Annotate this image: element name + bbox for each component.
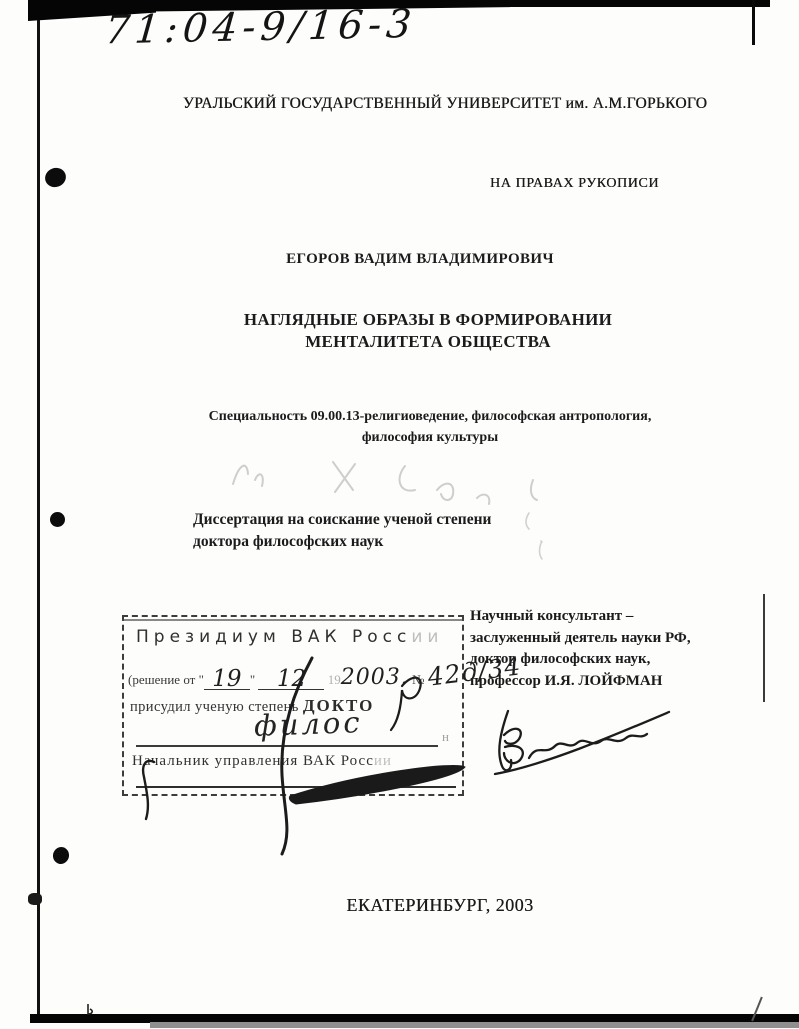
decision-year-handwritten: 2003. [341,665,409,690]
scan-edge-line-left [37,20,40,1020]
decision-year-printed: 19 [328,672,341,687]
author-name: ЕГОРОВ ВАДИМ ВЛАДИМИРОВИЧ [240,251,600,268]
stamp-decision-line: (решение от "19" 12 192003. № 42д/34 [128,661,521,690]
decision-number-handwritten: 42д/34 [426,651,523,691]
dissertation-title: НАГЛЯДНЫЕ ОБРАЗЫ В ФОРМИРОВАНИИ МЕНТАЛИТ… [178,309,678,353]
stamp-header-faded: ии [411,627,443,647]
title-line-2: МЕНТАЛИТЕТА ОБЩЕСТВА [178,331,678,353]
dissertation-degree: Диссертация на соискание ученой степени … [193,509,491,553]
consultant-line-1: Научный консультант – [470,606,691,628]
official-faded: ии [374,753,392,769]
specialty-line-1: Специальность 09.00.13-религиоведение, ф… [155,406,705,427]
scan-corner-line [752,0,755,45]
scan-edge-smudge [28,893,42,905]
scan-bar-bottom-gray [150,1022,799,1028]
dissertation-line-1: Диссертация на соискание ученой степени [193,509,491,531]
decision-month-handwritten: 12 [258,669,324,690]
catalog-number-handwritten: 71:04-9/16-3 [103,0,527,53]
stamp-header: Президиум ВАК России [136,627,443,647]
stamp-official-line: Начальник управления ВАК России [132,753,392,770]
binding-hole [51,845,71,866]
binding-hole [42,165,68,190]
degree-tail-faded: н [442,729,449,745]
consultant-signature [475,695,685,790]
consultant-line-2: заслуженный деятель науки РФ, [470,628,691,650]
city-year: ЕКАТЕРИНБУРГ, 2003 [290,895,590,916]
specialty: Специальность 09.00.13-религиоведение, ф… [155,406,705,448]
binding-hole [50,512,65,527]
page-edge-line [763,594,765,702]
specialty-line-2: философия культуры [155,427,705,448]
university-name: УРАЛЬСКИЙ ГОСУДАРСТВЕННЫЙ УНИВЕРСИТЕТ им… [165,95,725,113]
title-line-1: НАГЛЯДНЫЕ ОБРАЗЫ В ФОРМИРОВАНИИ [178,309,678,331]
manuscript-note: НА ПРАВАХ РУКОПИСИ [490,176,659,192]
degree-handwritten: филос [253,705,363,743]
dissertation-line-2: доктора философских наук [193,531,491,553]
vak-stamp: Президиум ВАК России (решение от "19" 12… [122,615,464,796]
pencil-specks [515,505,565,565]
stamp-blank-line [136,745,438,747]
stamp-signature-line [136,786,456,788]
decision-day-handwritten: 19 [204,669,250,690]
scanned-dissertation-title-page: 71:04-9/16-3 УРАЛЬСКИЙ ГОСУДАРСТВЕННЫЙ У… [0,0,799,1029]
